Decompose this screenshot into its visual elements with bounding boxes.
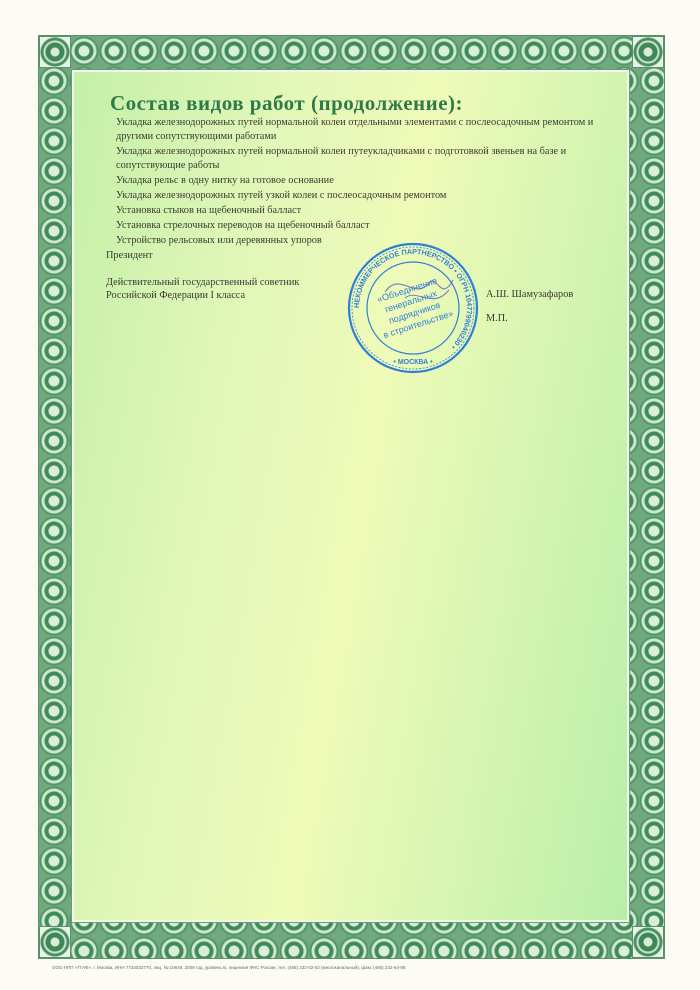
list-item: Установка стыков на щебеночный балласт — [116, 204, 601, 218]
signatory-rank-line1: Действительный государственный советник — [106, 276, 299, 289]
corner-ornament — [39, 36, 71, 68]
signatory-position: Президент — [106, 249, 299, 262]
printer-imprint: ООО НПП «ТГАФ», г. Москва, ИНН 773403277… — [52, 965, 405, 970]
corner-ornament — [39, 926, 71, 958]
svg-text:• МОСКВА •: • МОСКВА • — [393, 359, 433, 366]
corner-ornament — [632, 36, 664, 68]
list-item: Укладка железнодорожных путей нормальной… — [116, 145, 601, 173]
list-item: Укладка рельс в одну нитку на готовое ос… — [116, 174, 601, 188]
works-list: Укладка железнодорожных путей нормальной… — [116, 116, 601, 249]
list-item: Укладка железнодорожных путей узкой коле… — [116, 189, 601, 203]
list-item: Установка стрелочных переводов на щебено… — [116, 219, 601, 233]
seal-mark: М.П. — [486, 313, 508, 324]
signatory-name: А.Ш. Шамузафаров — [486, 289, 573, 300]
corner-ornament — [632, 926, 664, 958]
list-item: Укладка железнодорожных путей нормальной… — [116, 116, 601, 144]
signatory-rank-line2: Российской Федерации I класса — [106, 289, 299, 302]
page-title: Состав видов работ (продолжение): — [110, 91, 463, 116]
signatory-block: Президент Действительный государственный… — [106, 249, 299, 302]
seal-stamp-icon: НЕКОММЕРЧЕСКОЕ ПАРТНЕРСТВО • ОГРН 104779… — [345, 240, 481, 376]
